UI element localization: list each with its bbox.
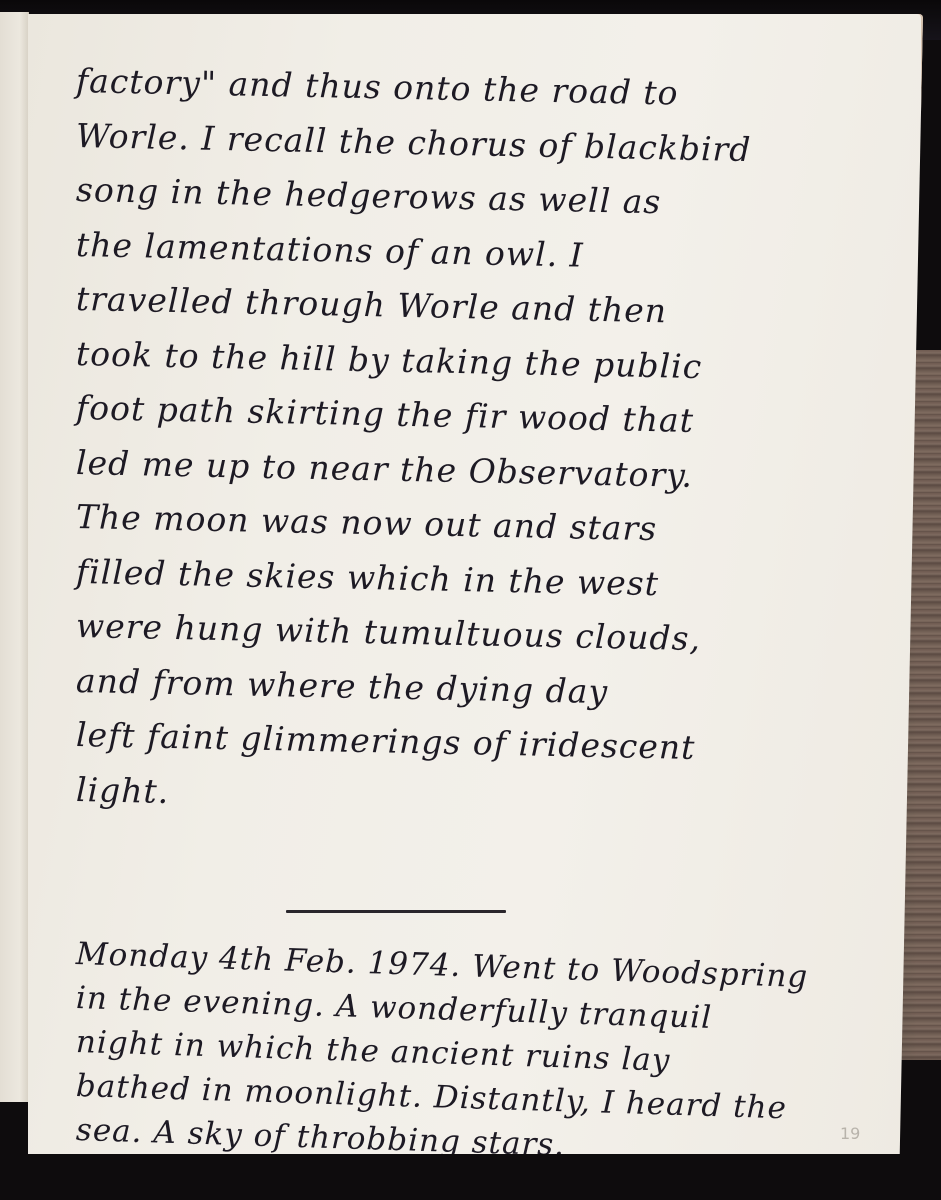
notebook-page: factory" and thus onto the road to Worle… (28, 14, 923, 1154)
section-divider-rule (286, 910, 506, 913)
diary-entry-feb-4-1974: Monday 4th Feb. 1974. Went to Woodspring… (76, 932, 876, 1152)
page-number: 19 (840, 1124, 860, 1143)
diary-entry-continuation: factory" and thus onto the road to Worle… (76, 54, 876, 817)
left-page-edge (0, 12, 29, 1102)
